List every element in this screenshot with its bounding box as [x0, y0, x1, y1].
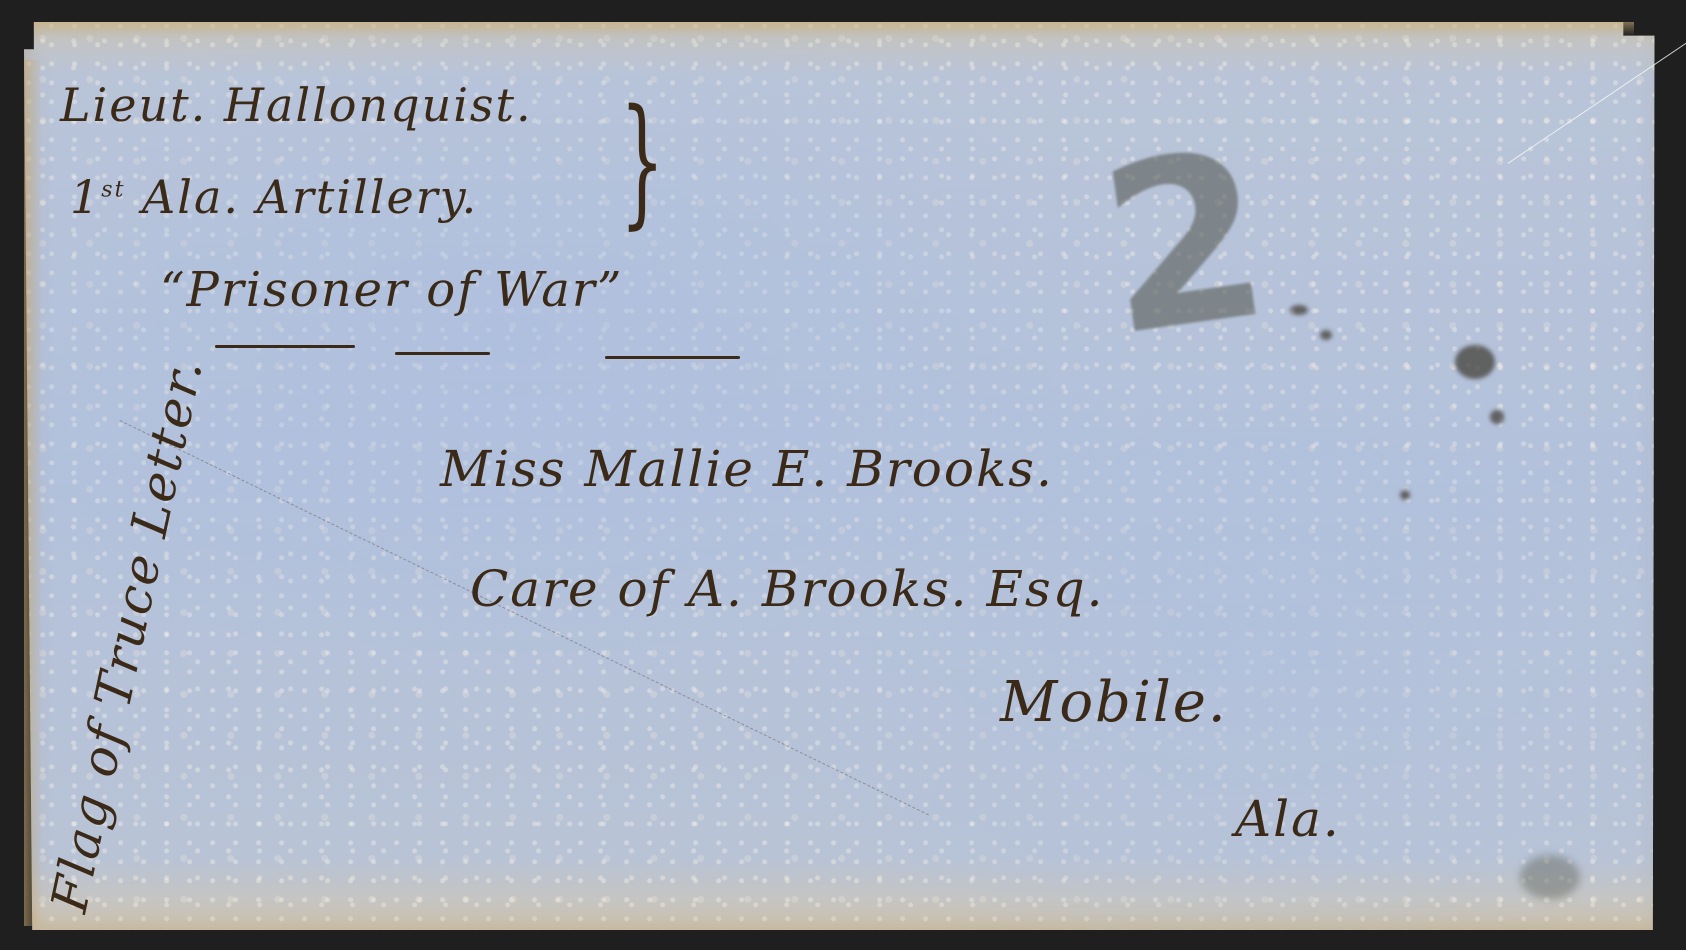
addressee-name: Miss Mallie E. Brooks. [440, 440, 1054, 498]
sender-unit-ordinal: st [101, 178, 125, 203]
underline [605, 356, 740, 359]
sender-unit-number: 1 [70, 170, 101, 224]
faint-smudge [1520, 855, 1580, 899]
ink-speck [1490, 410, 1504, 424]
sender-unit: 1st Ala. Artillery. [70, 170, 478, 224]
address-city: Mobile. [1000, 670, 1228, 735]
toned-top-edge [34, 22, 1634, 36]
sender-name: Lieut. Hallonquist. [60, 78, 533, 132]
ink-smudge [1455, 345, 1495, 379]
underline [215, 345, 355, 348]
address-care-of: Care of A. Brooks. Esq. [470, 560, 1105, 618]
ink-speck [1320, 330, 1332, 340]
toned-left-edge [24, 60, 42, 926]
address-state: Ala. [1235, 790, 1341, 848]
sender-unit-name: Ala. Artillery. [125, 170, 478, 224]
prisoner-of-war-endorsement: “Prisoner of War” [160, 262, 623, 318]
due-handstamp: 2 [1090, 120, 1280, 370]
underline [395, 352, 490, 355]
bracket-mark: } [620, 92, 665, 232]
ink-speck [1400, 490, 1410, 500]
ink-speck [1290, 305, 1308, 315]
